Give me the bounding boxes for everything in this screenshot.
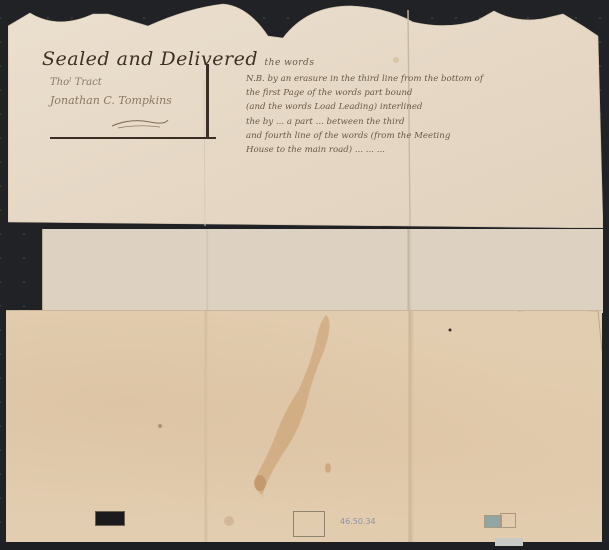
witness-line: Thoˡ Tract [50, 77, 102, 88]
witness-name: Jonathan C. Tompkins [50, 94, 172, 107]
flourish-icon [110, 116, 170, 130]
note-line-3: (and the words Load Leading) interlined [246, 102, 422, 112]
top-sheet [8, 0, 603, 228]
pencil-box-sketch [293, 511, 325, 537]
note-line-5: and fourth line of the words (from the M… [246, 131, 450, 141]
bottom-sheet [6, 310, 602, 543]
signature-rule-vertical [206, 64, 209, 138]
top-sheet-shape [8, 0, 603, 228]
water-stain [255, 315, 329, 497]
pencil-annotation: 46.50.34 [340, 517, 376, 526]
stain-spot [325, 463, 331, 473]
stain-overlay [6, 311, 602, 543]
paper-tab-outline [500, 513, 516, 528]
paper-fragment [495, 538, 523, 546]
stain-drop [254, 475, 266, 491]
note-line-4: the by ... a part ... between the third [246, 117, 405, 127]
note-line-6: House to the main road) ... ... ... [246, 145, 385, 155]
note-line-1: N.B. by an erasure in the third line fro… [246, 74, 483, 84]
signature-rule-horizontal [50, 137, 216, 139]
middle-sheet [42, 229, 603, 313]
sealed-delivered-heading: Sealed and Delivered the words [42, 48, 314, 70]
note-line-2: the first Page of the words part bound [246, 88, 412, 98]
black-label [95, 511, 125, 526]
heading-text: Sealed and Delivered [42, 48, 258, 70]
heading-suffix: the words [265, 58, 315, 68]
